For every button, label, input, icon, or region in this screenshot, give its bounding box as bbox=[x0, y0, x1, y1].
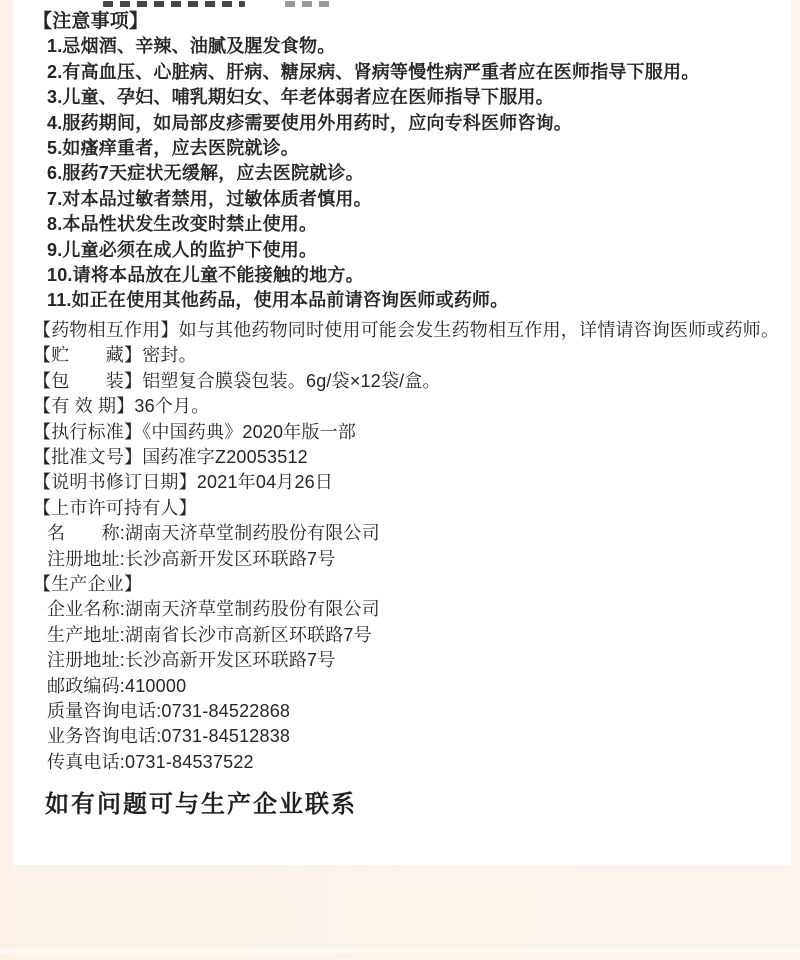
info-line-label: 【批准文号】 bbox=[33, 447, 142, 467]
clipped-text-fragment bbox=[285, 1, 331, 7]
precaution-item-text: 8.本品性状发生改变时禁止使用。 bbox=[47, 214, 317, 234]
info-line-label: 【上市许可持有人】 bbox=[33, 498, 197, 518]
info-line-value: 密封。 bbox=[142, 345, 197, 365]
info-line-label: 质量咨询电话: bbox=[47, 701, 161, 721]
info-line-label: 邮政编码: bbox=[47, 676, 125, 696]
page-background: 【注意事项】 1.忌烟酒、辛辣、油腻及腥发食物。 2.有高血压、心脏病、肝病、糖… bbox=[0, 0, 800, 960]
drug-leaflet-card: 【注意事项】 1.忌烟酒、辛辣、油腻及腥发食物。 2.有高血压、心脏病、肝病、糖… bbox=[13, 0, 791, 865]
quality-phone-line: 质量咨询电话:0731-84522868 bbox=[33, 699, 775, 724]
info-line-label: 【说明书修订日期】 bbox=[33, 472, 197, 492]
precaution-item: 4.服药期间，如局部皮疹需要使用外用药时，应向专科医师咨询。 bbox=[33, 111, 775, 136]
precaution-item-text: 7.对本品过敏者禁用，过敏体质者慎用。 bbox=[47, 189, 372, 209]
business-phone-line: 业务咨询电话:0731-84512838 bbox=[33, 724, 775, 749]
info-line-label: 【贮 藏】 bbox=[33, 345, 142, 365]
postal-code-line: 邮政编码:410000 bbox=[33, 674, 775, 699]
info-line-label: 【有 效 期】 bbox=[33, 396, 134, 416]
precaution-item-text: 3.儿童、孕妇、哺乳期妇女、年老体弱者应在医师指导下服用。 bbox=[47, 87, 554, 107]
mah-name-line: 名 称:湖南天济草堂制药股份有限公司 bbox=[33, 521, 775, 546]
info-line-value: 湖南天济草堂制药股份有限公司 bbox=[125, 599, 380, 619]
shelf-life-line: 【有 效 期】36个月。 bbox=[33, 394, 775, 419]
info-line-value: 0731-84537522 bbox=[125, 752, 254, 772]
standard-line: 【执行标准】《中国药典》2020年版一部 bbox=[33, 420, 775, 445]
fax-line: 传真电话:0731-84537522 bbox=[33, 750, 775, 775]
info-line-label: 业务咨询电话: bbox=[47, 726, 161, 746]
drug-interactions-line: 【药物相互作用】如与其他药物同时使用可能会发生药物相互作用，详情请咨询医师或药师… bbox=[33, 318, 775, 343]
info-line-label: 【执行标准】 bbox=[33, 422, 142, 442]
precaution-item: 5.如瘙痒重者，应去医院就诊。 bbox=[33, 136, 775, 161]
precaution-item-text: 2.有高血压、心脏病、肝病、糖尿病、肾病等慢性病严重者应在医师指导下服用。 bbox=[47, 62, 699, 82]
info-line-value: 国药准字Z20053512 bbox=[142, 447, 308, 467]
info-line-label: 【包 装】 bbox=[33, 371, 142, 391]
info-line-label: 企业名称: bbox=[47, 599, 125, 619]
approval-number-line: 【批准文号】国药准字Z20053512 bbox=[33, 445, 775, 470]
manufacturer-header: 【生产企业】 bbox=[33, 572, 775, 597]
info-line-value: 长沙高新开发区环联路7号 bbox=[125, 549, 335, 569]
info-line-value: 湖南天济草堂制药股份有限公司 bbox=[125, 523, 380, 543]
bottom-divider-band bbox=[0, 948, 800, 953]
info-line-value: 0731-84512838 bbox=[161, 726, 290, 746]
info-line-value: 《中国药典》2020年版一部 bbox=[142, 422, 356, 442]
revision-date-line: 【说明书修订日期】2021年04月26日 bbox=[33, 470, 775, 495]
registered-address-line: 注册地址:长沙高新开发区环联路7号 bbox=[33, 648, 775, 673]
precaution-item: 9.儿童必须在成人的监护下使用。 bbox=[33, 238, 775, 263]
mah-registered-address-line: 注册地址:长沙高新开发区环联路7号 bbox=[33, 547, 775, 572]
precaution-item: 10.请将本品放在儿童不能接触的地方。 bbox=[33, 263, 775, 288]
info-line-label: 传真电话: bbox=[47, 752, 125, 772]
precaution-item-text: 1.忌烟酒、辛辣、油腻及腥发食物。 bbox=[47, 36, 335, 56]
info-line-label: 【药物相互作用】 bbox=[33, 320, 179, 340]
precaution-item-text: 11.如正在使用其他药品，使用本品前请咨询医师或药师。 bbox=[47, 290, 508, 310]
info-line-value: 铝塑复合膜袋包装。6g/袋×12袋/盒。 bbox=[142, 371, 441, 391]
precaution-item-text: 9.儿童必须在成人的监护下使用。 bbox=[47, 240, 317, 260]
info-line-value: 湖南省长沙市高新区环联路7号 bbox=[125, 625, 372, 645]
company-name-line: 企业名称:湖南天济草堂制药股份有限公司 bbox=[33, 597, 775, 622]
info-line-value: 2021年04月26日 bbox=[197, 472, 333, 492]
precaution-item: 11.如正在使用其他药品，使用本品前请咨询医师或药师。 bbox=[33, 288, 775, 313]
packaging-line: 【包 装】铝塑复合膜袋包装。6g/袋×12袋/盒。 bbox=[33, 369, 775, 394]
precaution-item: 1.忌烟酒、辛辣、油腻及腥发食物。 bbox=[33, 34, 775, 59]
contact-manufacturer-heading: 如有问题可与生产企业联系 bbox=[33, 790, 775, 820]
info-line-value: 如与其他药物同时使用可能会发生药物相互作用，详情请咨询医师或药师。 bbox=[179, 320, 780, 340]
info-line-value: 410000 bbox=[125, 676, 186, 696]
storage-line: 【贮 藏】密封。 bbox=[33, 343, 775, 368]
precautions-header: 【注意事项】 bbox=[33, 9, 775, 34]
precaution-item: 2.有高血压、心脏病、肝病、糖尿病、肾病等慢性病严重者应在医师指导下服用。 bbox=[33, 60, 775, 85]
info-line-value: 长沙高新开发区环联路7号 bbox=[125, 650, 335, 670]
precaution-item: 7.对本品过敏者禁用，过敏体质者慎用。 bbox=[33, 187, 775, 212]
info-line-value: 0731-84522868 bbox=[161, 701, 290, 721]
info-line-value: 36个月。 bbox=[134, 396, 209, 416]
precaution-item-text: 6.服药7天症状无缓解，应去医院就诊。 bbox=[47, 163, 364, 183]
clipped-text-fragment bbox=[103, 1, 245, 7]
precaution-item-text: 4.服药期间，如局部皮疹需要使用外用药时，应向专科医师咨询。 bbox=[47, 113, 572, 133]
info-line-label: 注册地址: bbox=[47, 650, 125, 670]
info-line-label: 注册地址: bbox=[47, 549, 125, 569]
info-line-label: 生产地址: bbox=[47, 625, 125, 645]
production-address-line: 生产地址:湖南省长沙市高新区环联路7号 bbox=[33, 623, 775, 648]
precaution-item: 8.本品性状发生改变时禁止使用。 bbox=[33, 212, 775, 237]
mah-header: 【上市许可持有人】 bbox=[33, 496, 775, 521]
info-line-label: 名 称: bbox=[47, 523, 125, 543]
precaution-item: 6.服药7天症状无缓解，应去医院就诊。 bbox=[33, 161, 775, 186]
precaution-item-text: 5.如瘙痒重者，应去医院就诊。 bbox=[47, 138, 299, 158]
precaution-item-text: 10.请将本品放在儿童不能接触的地方。 bbox=[47, 265, 364, 285]
precaution-item: 3.儿童、孕妇、哺乳期妇女、年老体弱者应在医师指导下服用。 bbox=[33, 85, 775, 110]
info-line-label: 【生产企业】 bbox=[33, 574, 142, 594]
clipped-previous-text-line bbox=[33, 0, 775, 9]
